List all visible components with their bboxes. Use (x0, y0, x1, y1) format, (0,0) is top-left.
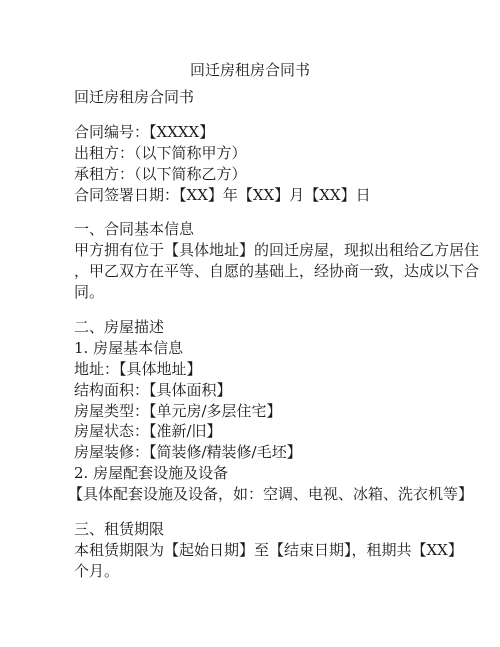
lessor-field: 出租方：（以下简称甲方） (74, 143, 444, 164)
house-condition-line: 房屋状态：【准新/旧】 (74, 421, 444, 442)
section-heading: 三、租赁期限 (74, 519, 444, 540)
spacer (74, 303, 444, 317)
lessee-field: 承租方：（以下简称乙方） (74, 164, 444, 185)
section-heading: 一、合同基本信息 (74, 219, 444, 240)
section-lease-term: 三、租赁期限 本租赁期限为【起始日期】至【结束日期】，租期共【XX】 个月。 (74, 519, 444, 582)
subsection-heading: 2. 房屋配套设施及设备 (74, 463, 444, 484)
field-label: 合同编号： (74, 123, 149, 141)
contract-number-field: 合同编号：【XXXX】 (74, 122, 444, 143)
document-page: 回迁房租房合同书 回迁房租房合同书 合同编号：【XXXX】 出租方：（以下简称甲… (0, 0, 500, 647)
paragraph-line: 同。 (74, 282, 444, 303)
spacer (74, 108, 444, 122)
field-label: 合同签署日期： (74, 186, 179, 204)
document-body: 回迁房租房合同书 合同编号：【XXXX】 出租方：（以下简称甲方） 承租方：（以… (74, 87, 444, 582)
paragraph-line: 本租赁期限为【起始日期】至【结束日期】，租期共【XX】 (74, 540, 444, 561)
field-label: 承租方： (74, 165, 134, 183)
field-value: 【XXXX】 (149, 123, 214, 141)
field-value: 【XX】年【XX】月【XX】日 (179, 186, 371, 204)
signing-date-field: 合同签署日期：【XX】年【XX】月【XX】日 (74, 185, 444, 206)
address-line: 地址：【具体地址】 (74, 359, 444, 380)
field-label: 出租方： (74, 144, 134, 162)
section-house-description: 二、房屋描述 1. 房屋基本信息 地址：【具体地址】 结构面积：【具体面积】 房… (74, 317, 444, 505)
spacer (74, 505, 444, 519)
decoration-line: 房屋装修：【简装修/精装修/毛坯】 (74, 442, 444, 463)
spacer (74, 205, 444, 219)
field-value: （以下简称乙方） (134, 165, 247, 183)
area-line: 结构面积：【具体面积】 (74, 380, 444, 401)
subsection-heading: 1. 房屋基本信息 (74, 338, 444, 359)
house-type-line: 房屋类型：【单元房/多层住宅】 (74, 401, 444, 422)
paragraph-line: ，甲乙双方在平等、自愿的基础上，经协商一致，达成以下合 (74, 261, 444, 282)
paragraph-line: 甲方拥有位于【具体地址】的回迁房屋，现拟出租给乙方居住 (74, 240, 444, 261)
section-basic-info: 一、合同基本信息 甲方拥有位于【具体地址】的回迁房屋，现拟出租给乙方居住 ，甲乙… (74, 219, 444, 303)
facilities-line: 【具体配套设施及设备，如：空调、电视、冰箱、洗衣机等】 (68, 484, 444, 505)
field-value: （以下简称甲方） (134, 144, 247, 162)
section-heading: 二、房屋描述 (74, 317, 444, 338)
paragraph-line: 个月。 (74, 561, 444, 582)
document-subtitle: 回迁房租房合同书 (74, 87, 444, 108)
document-title: 回迁房租房合同书 (0, 60, 500, 80)
